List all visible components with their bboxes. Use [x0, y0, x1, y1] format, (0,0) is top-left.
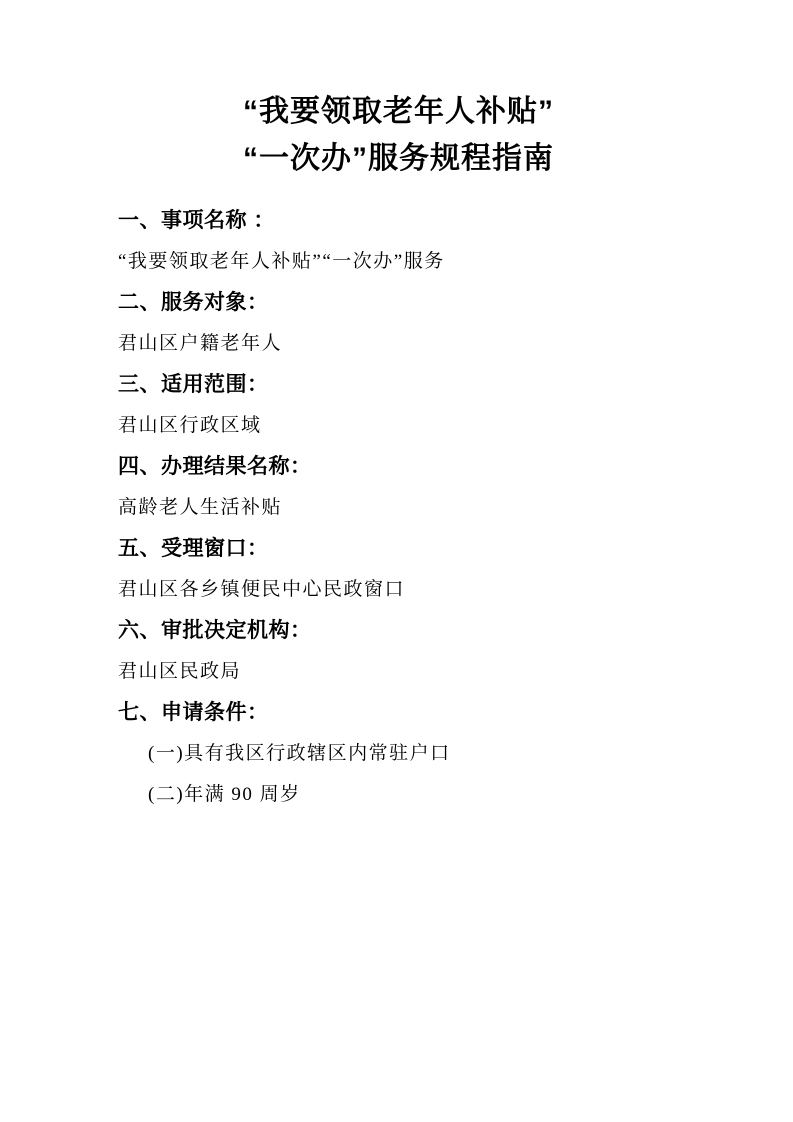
- section-body-service-target: 君山区户籍老年人: [118, 331, 683, 357]
- section-body-applicable-scope: 君山区行政区域: [118, 413, 683, 439]
- document-title-line-2: “一次办”服务规程指南: [114, 135, 683, 182]
- section-body-item-name: “我要领取老年人补贴”“一次办”服务: [118, 249, 683, 275]
- section-heading-application-conditions: 七、申请条件：: [118, 700, 683, 726]
- application-condition-item-1: (一)具有我区行政辖区内常驻户口: [118, 741, 683, 767]
- section-heading-acceptance-window: 五、受理窗口：: [118, 536, 683, 562]
- section-heading-approval-authority: 六、审批决定机构：: [118, 618, 683, 644]
- section-heading-service-target: 二、服务对象：: [118, 290, 683, 316]
- section-heading-result-name: 四、办理结果名称：: [118, 454, 683, 480]
- document-title: “我要领取老年人补贴” “一次办”服务规程指南: [114, 88, 683, 182]
- section-heading-item-name: 一、事项名称 ：: [118, 208, 683, 234]
- section-heading-applicable-scope: 三、适用范围：: [118, 372, 683, 398]
- section-body-acceptance-window: 君山区各乡镇便民中心民政窗口: [118, 577, 683, 603]
- section-body-result-name: 高龄老人生活补贴: [118, 495, 683, 521]
- document-title-line-1: “我要领取老年人补贴”: [114, 88, 683, 135]
- section-body-approval-authority: 君山区民政局: [118, 659, 683, 685]
- application-condition-item-2: (二)年满 90 周岁: [118, 782, 683, 808]
- document-page: “我要领取老年人补贴” “一次办”服务规程指南 一、事项名称 ： “我要领取老年…: [0, 0, 793, 1122]
